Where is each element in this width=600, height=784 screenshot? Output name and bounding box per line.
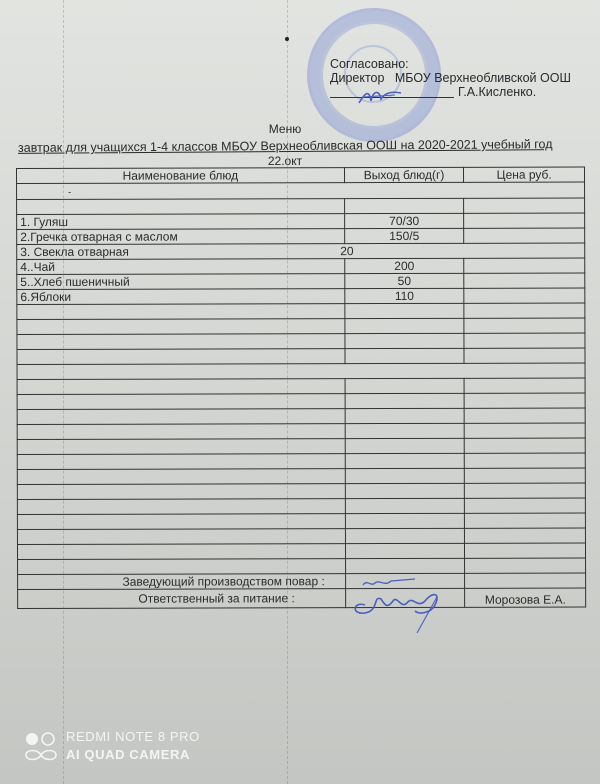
director-line: Директор МБОУ Верхнеобливской ООШ	[330, 71, 571, 85]
director-name: Г.А.Кисленко.	[458, 85, 536, 99]
camera-logo-icon	[24, 731, 58, 763]
dish-name: 6.Яблоки	[17, 289, 345, 305]
table-row-empty	[17, 348, 585, 364]
dish-price	[464, 288, 585, 303]
dish-price	[464, 213, 585, 228]
table-row-empty	[17, 333, 585, 349]
table-row-empty	[17, 438, 585, 454]
document-title: Меню	[0, 122, 570, 136]
table-row-empty	[17, 318, 585, 334]
watermark-camera: AI QUAD CAMERA	[66, 746, 200, 764]
dish-yield: 110	[345, 288, 465, 303]
chef-label: Заведующий производством повар :	[18, 574, 346, 590]
dish-price	[464, 258, 585, 273]
dish-yield: 20	[340, 244, 353, 258]
table-row-empty	[17, 468, 585, 484]
table-row-blank-merged: ‐	[17, 182, 585, 199]
paper-speck	[285, 37, 289, 41]
dish-name: 5..Хлеб пшеничный	[17, 274, 345, 290]
table-row-empty	[17, 408, 585, 424]
footer-chef-row: Заведующий производством повар :	[18, 573, 586, 589]
dish-yield: 70/30	[344, 213, 464, 228]
watermark-text: REDMI NOTE 8 PRO AI QUAD CAMERA	[66, 728, 200, 764]
dish-yield: 150/5	[344, 228, 464, 243]
table-row-empty	[17, 393, 585, 409]
table-row-empty	[17, 303, 585, 319]
table-row: 1. Гуляш 70/30	[17, 213, 585, 229]
approval-label: Согласовано:	[330, 57, 571, 71]
document-subtitle: завтрак для учащихся 1-4 классов МБОУ Ве…	[18, 137, 553, 155]
header-price: Цена руб.	[464, 167, 585, 182]
table-row-empty	[17, 423, 585, 439]
table-row: 2.Гречка отварная с маслом 150/5	[17, 228, 585, 244]
dish-name: 2.Гречка отварная с маслом	[17, 229, 345, 245]
director-signature	[355, 85, 405, 109]
watermark-model: REDMI NOTE 8 PRO	[66, 728, 200, 746]
menu-table: Наименование блюд Выход блюд(г) Цена руб…	[16, 167, 586, 609]
dish-yield: 50	[344, 273, 464, 288]
footer-responsible-row: Ответственный за питание : Морозова Е.А.	[18, 588, 586, 608]
dish-price	[464, 273, 585, 288]
table-row-empty	[18, 558, 586, 574]
dish-yield: 200	[344, 258, 464, 273]
table-row-merged: 3. Свекла отварная20	[17, 243, 585, 259]
table-row-blank	[17, 198, 585, 214]
table-row-empty	[17, 483, 585, 499]
table-row-empty	[17, 453, 585, 469]
dish-price	[464, 228, 585, 243]
table-row-empty	[17, 378, 585, 394]
table-row-empty	[17, 528, 585, 544]
table-row-empty	[17, 498, 585, 514]
table-header-row: Наименование блюд Выход блюд(г) Цена руб…	[17, 167, 585, 183]
responsible-label: Ответственный за питание :	[18, 589, 346, 609]
table-row-empty	[17, 543, 585, 559]
dish-name: 4..Чай	[17, 259, 345, 275]
table-row: 6.Яблоки 110	[17, 288, 585, 304]
dish-name: 3. Свекла отварная	[20, 244, 340, 259]
table-row-empty	[17, 513, 585, 529]
table-row-empty	[17, 363, 585, 379]
table-row: 4..Чай 200	[17, 258, 585, 274]
approval-block: Согласовано: Директор МБОУ Верхнеобливск…	[330, 57, 571, 85]
responsible-signature	[345, 575, 455, 635]
header-dish-name: Наименование блюд	[17, 168, 345, 184]
dish-name: 1. Гуляш	[17, 214, 345, 230]
responsible-name: Морозова Е.А.	[465, 588, 586, 607]
header-yield: Выход блюд(г)	[344, 167, 464, 182]
table-row: 5..Хлеб пшеничный 50	[17, 273, 585, 289]
